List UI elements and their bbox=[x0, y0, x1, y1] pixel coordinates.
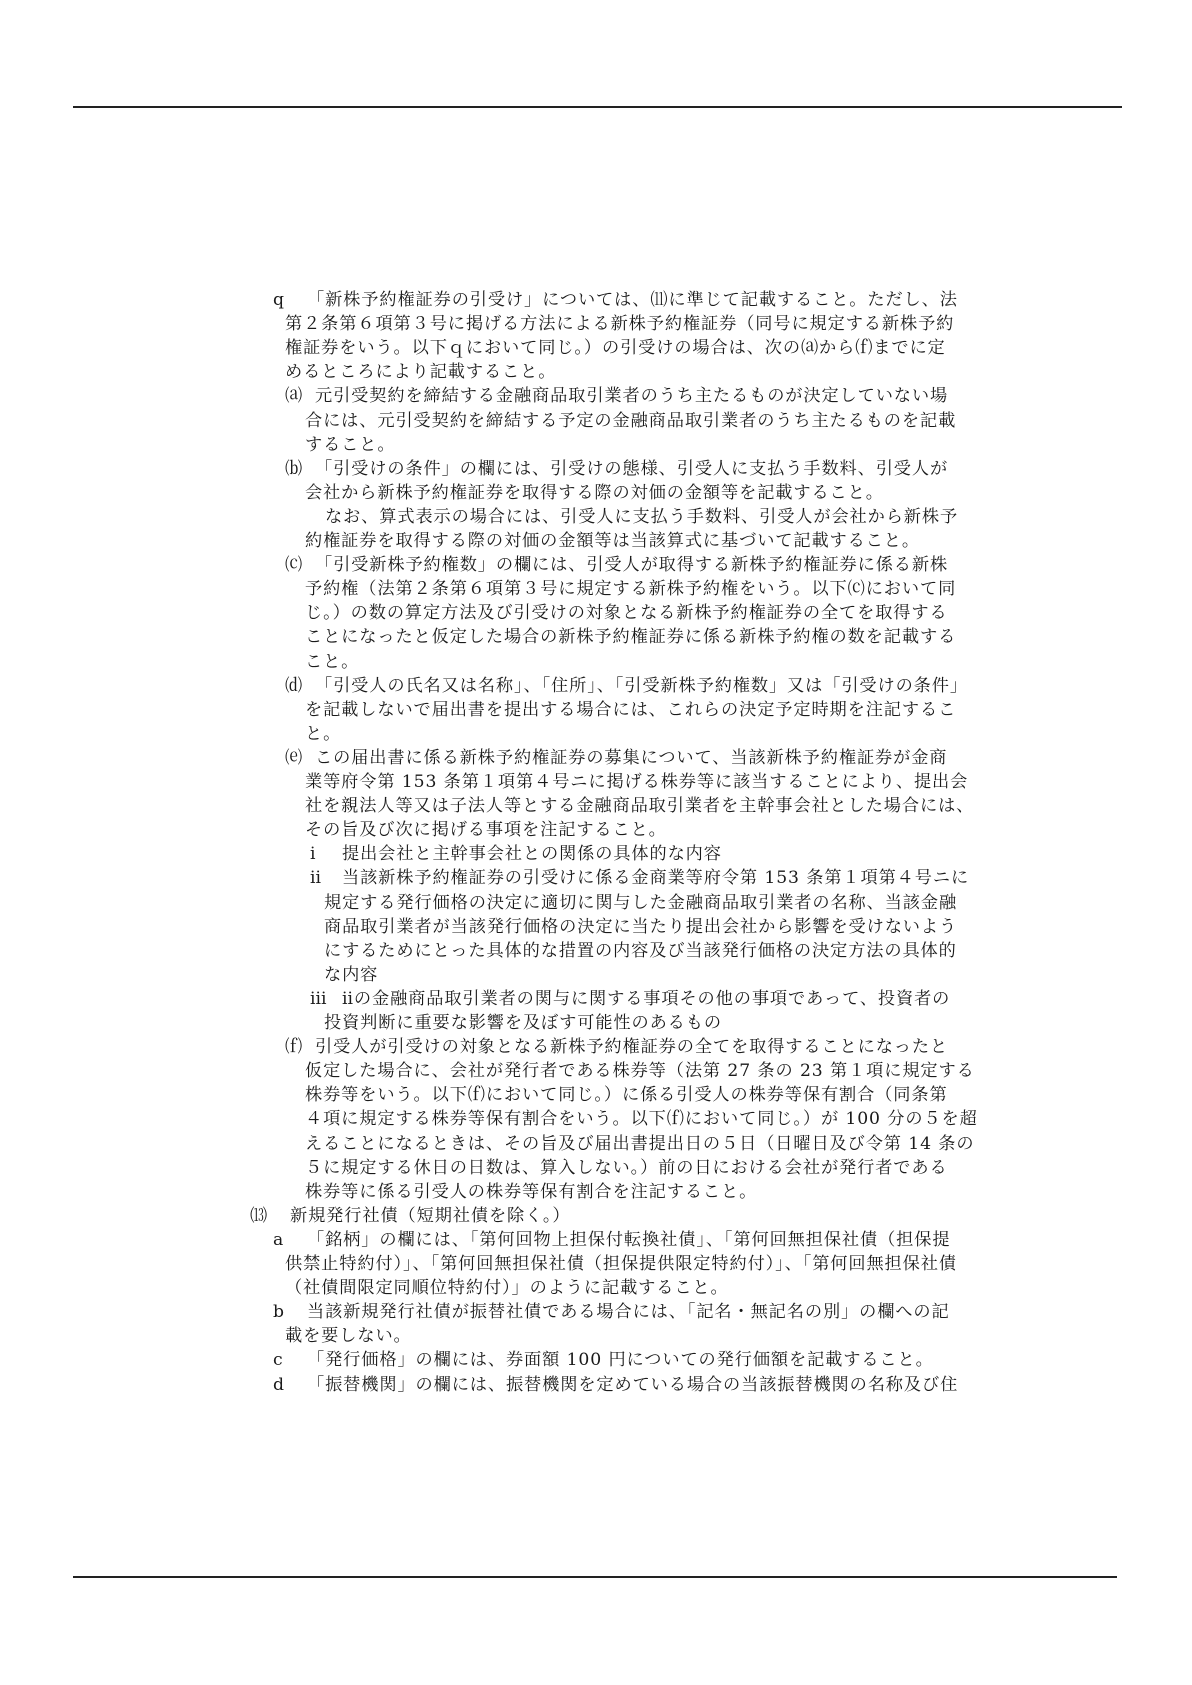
list-item-line: ⒝「引受けの条件」の欄には、引受けの態様、引受人に支払う手数料、引受人が bbox=[285, 457, 948, 481]
text-line: 載を要しない。 bbox=[285, 1324, 412, 1348]
line-text: 「引受けの条件」の欄には、引受けの態様、引受人に支払う手数料、引受人が bbox=[315, 459, 948, 479]
line-text: 「引受新株予約権数」の欄には、引受人が取得する新株予約権証券に係る新株 bbox=[315, 555, 948, 575]
text-line: 投資判断に重要な影響を及ぼす可能性のあるもの bbox=[324, 1011, 722, 1035]
text-line: ４項に規定する株券等保有割合をいう。以下⒡において同じ。）が 100 分の５を超 bbox=[305, 1107, 978, 1131]
text-line: 業等府令第 153 条第１項第４号ニに掲げる株券等に該当することにより、提出会 bbox=[305, 770, 968, 794]
text-line: （社債間限定同順位特約付）」のように記載すること。 bbox=[285, 1276, 729, 1300]
list-item-line: q「新株予約権証券の引受け」については、⑾に準じて記載すること。ただし、法 bbox=[273, 288, 958, 312]
text-line: 合には、元引受契約を締結する予定の金融商品取引業者のうち主たるものを記載 bbox=[305, 409, 956, 433]
line-text: 投資判断に重要な影響を及ぼす可能性のあるもの bbox=[324, 1013, 722, 1033]
item-marker: d bbox=[273, 1373, 307, 1397]
text-line: を記載しないで届出書を提出する場合には、これらの決定予定時期を注記するこ bbox=[305, 698, 956, 722]
text-line: 株券等に係る引受人の株券等保有割合を注記すること。 bbox=[305, 1180, 757, 1204]
item-marker: ⒜ bbox=[285, 384, 315, 408]
line-text: 新規発行社債（短期社債を除く。） bbox=[290, 1206, 570, 1226]
item-marker: ⒡ bbox=[285, 1035, 315, 1059]
line-text: なお、算式表示の場合には、引受人に支払う手数料、引受人が会社から新株予 bbox=[325, 507, 958, 527]
line-text: えることになるときは、その旨及び届出書提出日の５日（日曜日及び令第 14 条の bbox=[305, 1134, 974, 1154]
item-marker: ⒞ bbox=[285, 553, 315, 577]
list-item-line: ⅱ当該新株予約権証券の引受けに係る金商業等府令第 153 条第１項第４号ニに bbox=[310, 866, 969, 890]
list-item-line: ⅰ提出会社と主幹事会社との関係の具体的な内容 bbox=[310, 842, 722, 866]
text-line: その旨及び次に掲げる事項を注記すること。 bbox=[305, 818, 667, 842]
text-line: ５に規定する休日の日数は、算入しない。）前の日における会社が発行者である bbox=[305, 1156, 948, 1180]
list-item-line: c「発行価格」の欄には、券面額 100 円についての発行価額を記載すること。 bbox=[273, 1348, 934, 1372]
text-line: 第２条第６項第３号に掲げる方法による新株予約権証券（同号に規定する新株予約 bbox=[285, 312, 954, 336]
line-text: めるところにより記載すること。 bbox=[285, 362, 556, 382]
list-item-line: ⒟「引受人の氏名又は名称」、「住所」、「引受新株予約権数」又は「引受けの条件」 bbox=[285, 674, 968, 698]
item-marker: ⒀ bbox=[250, 1204, 290, 1228]
text-line: えることになるときは、その旨及び届出書提出日の５日（日曜日及び令第 14 条の bbox=[305, 1132, 974, 1156]
text-line: 株券等をいう。以下⒡において同じ。）に係る引受人の株券等保有割合（同条第 bbox=[305, 1083, 948, 1107]
list-item-line: ⒜元引受契約を締結する金融商品取引業者のうち主たるものが決定していない場 bbox=[285, 384, 948, 408]
line-text: 「発行価格」の欄には、券面額 100 円についての発行価額を記載すること。 bbox=[307, 1350, 934, 1370]
line-text: ⅱの金融商品取引業者の関与に関する事項その他の事項であって、投資者の bbox=[342, 989, 950, 1009]
list-item-line: ⒞「引受新株予約権数」の欄には、引受人が取得する新株予約権証券に係る新株 bbox=[285, 553, 948, 577]
line-text: 株券等をいう。以下⒡において同じ。）に係る引受人の株券等保有割合（同条第 bbox=[305, 1085, 948, 1105]
line-text: ことになったと仮定した場合の新株予約権証券に係る新株予約権の数を記載する bbox=[305, 627, 956, 647]
line-text: にするためにとった具体的な措置の内容及び当該発行価格の決定方法の具体的 bbox=[324, 941, 957, 961]
line-text: ５に規定する休日の日数は、算入しない。）前の日における会社が発行者である bbox=[305, 1158, 948, 1178]
line-text: 会社から新株予約権証券を取得する際の対価の金額等を記載すること。 bbox=[305, 483, 884, 503]
line-text: 社を親法人等又は子法人等とする金融商品取引業者を主幹事会社とした場合には、 bbox=[305, 796, 974, 816]
text-line: こと。 bbox=[305, 650, 359, 674]
list-item-line: ⒠この届出書に係る新株予約権証券の募集について、当該新株予約権証券が金商 bbox=[285, 746, 947, 770]
item-marker: ⅱ bbox=[310, 866, 342, 890]
list-item-line: a「銘柄」の欄には、「第何回物上担保付転換社債」、「第何回無担保社債（担保提 bbox=[273, 1228, 950, 1252]
text-line: 約権証券を取得する際の対価の金額等は当該算式に基づいて記載すること。 bbox=[305, 529, 920, 553]
line-text: 株券等に係る引受人の株券等保有割合を注記すること。 bbox=[305, 1182, 757, 1202]
line-text: 当該新規発行社債が振替社債である場合には、「記名・無記名の別」の欄への記 bbox=[307, 1302, 950, 1322]
text-line: と。 bbox=[305, 722, 341, 746]
item-marker: ⒟ bbox=[285, 674, 315, 698]
line-text: 「振替機関」の欄には、振替機関を定めている場合の当該振替機関の名称及び住 bbox=[307, 1375, 958, 1395]
line-text: な内容 bbox=[324, 965, 378, 985]
text-line: すること。 bbox=[305, 433, 395, 457]
line-text: 予約権（法第２条第６項第３号に規定する新株予約権をいう。以下⒞において同 bbox=[305, 579, 956, 599]
line-text: 合には、元引受契約を締結する予定の金融商品取引業者のうち主たるものを記載 bbox=[305, 411, 956, 431]
line-text: ４項に規定する株券等保有割合をいう。以下⒡において同じ。）が 100 分の５を超 bbox=[305, 1109, 978, 1129]
line-text: 元引受契約を締結する金融商品取引業者のうち主たるものが決定していない場 bbox=[315, 386, 948, 406]
line-text: 「銘柄」の欄には、「第何回物上担保付転換社債」、「第何回無担保社債（担保提 bbox=[307, 1230, 950, 1250]
header-rule bbox=[73, 106, 1122, 108]
line-text: 提出会社と主幹事会社との関係の具体的な内容 bbox=[342, 844, 722, 864]
item-marker: b bbox=[273, 1300, 307, 1324]
item-marker: ⒠ bbox=[285, 746, 315, 770]
text-line: ことになったと仮定した場合の新株予約権証券に係る新株予約権の数を記載する bbox=[305, 625, 956, 649]
line-text: 権証券をいう。以下ｑにおいて同じ。）の引受けの場合は、次の⒜から⒡までに定 bbox=[285, 338, 946, 358]
text-line: なお、算式表示の場合には、引受人に支払う手数料、引受人が会社から新株予 bbox=[325, 505, 958, 529]
line-text: 「新株予約権証券の引受け」については、⑾に準じて記載すること。ただし、法 bbox=[307, 290, 958, 310]
text-line: にするためにとった具体的な措置の内容及び当該発行価格の決定方法の具体的 bbox=[324, 939, 957, 963]
line-text: 当該新株予約権証券の引受けに係る金商業等府令第 153 条第１項第４号ニに bbox=[342, 868, 969, 888]
footer-rule bbox=[73, 1576, 1117, 1578]
text-line: めるところにより記載すること。 bbox=[285, 360, 556, 384]
text-line: 会社から新株予約権証券を取得する際の対価の金額等を記載すること。 bbox=[305, 481, 884, 505]
list-item-line: ⒡引受人が引受けの対象となる新株予約権証券の全てを取得することになったと bbox=[285, 1035, 948, 1059]
item-marker: c bbox=[273, 1348, 307, 1372]
line-text: その旨及び次に掲げる事項を注記すること。 bbox=[305, 820, 667, 840]
list-item-line: ⅲⅱの金融商品取引業者の関与に関する事項その他の事項であって、投資者の bbox=[310, 987, 950, 1011]
line-text: 載を要しない。 bbox=[285, 1326, 412, 1346]
line-text: この届出書に係る新株予約権証券の募集について、当該新株予約権証券が金商 bbox=[315, 748, 947, 768]
line-text: 仮定した場合に、会社が発行者である株券等（法第 27 条の 23 第１項に規定す… bbox=[305, 1061, 975, 1081]
line-text: 引受人が引受けの対象となる新株予約権証券の全てを取得することになったと bbox=[315, 1037, 948, 1057]
line-text: 規定する発行価格の決定に適切に関与した金融商品取引業者の名称、当該金融 bbox=[324, 893, 957, 913]
text-line: 規定する発行価格の決定に適切に関与した金融商品取引業者の名称、当該金融 bbox=[324, 891, 957, 915]
line-text: 商品取引業者が当該発行価格の決定に当たり提出会社から影響を受けないよう bbox=[324, 917, 957, 937]
text-line: じ。）の数の算定方法及び引受けの対象となる新株予約権証券の全てを取得する bbox=[305, 601, 948, 625]
line-text: と。 bbox=[305, 724, 341, 744]
item-marker: q bbox=[273, 288, 307, 312]
line-text: 第２条第６項第３号に掲げる方法による新株予約権証券（同号に規定する新株予約 bbox=[285, 314, 954, 334]
line-text: 供禁止特約付）」、「第何回無担保社債（担保提供限定特約付）」、「第何回無担保社債 bbox=[285, 1254, 957, 1274]
line-text: じ。）の数の算定方法及び引受けの対象となる新株予約権証券の全てを取得する bbox=[305, 603, 948, 623]
line-text: すること。 bbox=[305, 435, 395, 455]
text-line: 権証券をいう。以下ｑにおいて同じ。）の引受けの場合は、次の⒜から⒡までに定 bbox=[285, 336, 946, 360]
text-line: 社を親法人等又は子法人等とする金融商品取引業者を主幹事会社とした場合には、 bbox=[305, 794, 974, 818]
line-text: こと。 bbox=[305, 652, 359, 672]
text-line: 供禁止特約付）」、「第何回無担保社債（担保提供限定特約付）」、「第何回無担保社債 bbox=[285, 1252, 957, 1276]
line-text: を記載しないで届出書を提出する場合には、これらの決定予定時期を注記するこ bbox=[305, 700, 956, 720]
item-marker: a bbox=[273, 1228, 307, 1252]
text-line: 商品取引業者が当該発行価格の決定に当たり提出会社から影響を受けないよう bbox=[324, 915, 957, 939]
item-marker: ⅲ bbox=[310, 987, 342, 1011]
list-item-line: d「振替機関」の欄には、振替機関を定めている場合の当該振替機関の名称及び住 bbox=[273, 1373, 958, 1397]
text-line: な内容 bbox=[324, 963, 378, 987]
list-item-line: ⒀新規発行社債（短期社債を除く。） bbox=[250, 1204, 570, 1228]
list-item-line: b当該新規発行社債が振替社債である場合には、「記名・無記名の別」の欄への記 bbox=[273, 1300, 950, 1324]
text-line: 予約権（法第２条第６項第３号に規定する新株予約権をいう。以下⒞において同 bbox=[305, 577, 956, 601]
line-text: 「引受人の氏名又は名称」、「住所」、「引受新株予約権数」又は「引受けの条件」 bbox=[315, 676, 968, 696]
item-marker: ⅰ bbox=[310, 842, 342, 866]
text-line: 仮定した場合に、会社が発行者である株券等（法第 27 条の 23 第１項に規定す… bbox=[305, 1059, 975, 1083]
line-text: 約権証券を取得する際の対価の金額等は当該算式に基づいて記載すること。 bbox=[305, 531, 920, 551]
item-marker: ⒝ bbox=[285, 457, 315, 481]
line-text: 業等府令第 153 条第１項第４号ニに掲げる株券等に該当することにより、提出会 bbox=[305, 772, 968, 792]
line-text: （社債間限定同順位特約付）」のように記載すること。 bbox=[285, 1278, 729, 1298]
